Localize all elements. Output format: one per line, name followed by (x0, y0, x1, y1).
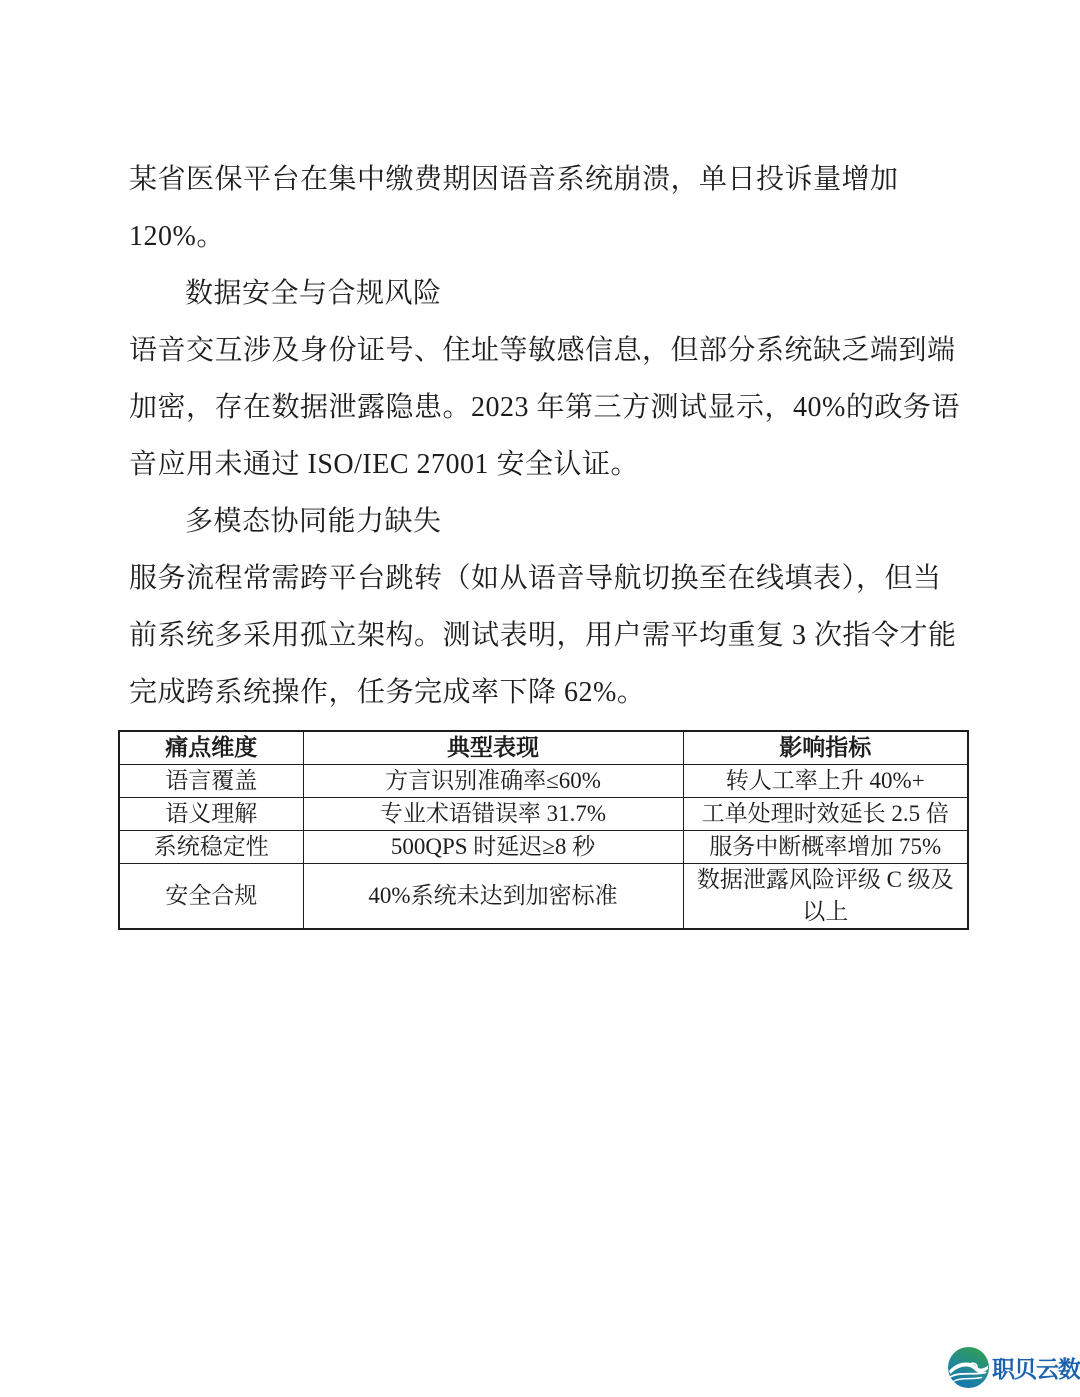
paragraph-line: 120%。 (129, 208, 969, 265)
table-row: 系统稳定性500QPS 时延迟≥8 秒服务中断概率增加 75% (119, 831, 968, 864)
section-heading-line: 多模态协同能力缺失 (129, 493, 969, 550)
table-cell: 数据泄露风险评级 C 级及以上 (683, 864, 968, 930)
table-header-cell: 影响指标 (683, 731, 968, 765)
paragraph-line: 某省医保平台在集中缴费期因语音系统崩溃，单日投诉量增加 (129, 151, 969, 208)
paragraph-line: 加密，存在数据泄露隐患。2023 年第三方测试显示，40%的政务语 (129, 379, 969, 436)
table-row: 语言覆盖方言识别准确率≤60%转人工率上升 40%+ (119, 765, 968, 798)
section-heading-line: 数据安全与合规风险 (129, 265, 969, 322)
table-row: 语义理解专业术语错误率 31.7%工单处理时效延长 2.5 倍 (119, 798, 968, 831)
table-cell: 安全合规 (119, 864, 303, 930)
footer-logo: 职贝云数 (947, 1346, 1080, 1389)
paragraph-line: 服务流程常需跨平台跳转（如从语音导航切换至在线填表），但当 (129, 550, 969, 607)
pain-points-table: 痛点维度典型表现影响指标 语言覆盖方言识别准确率≤60%转人工率上升 40%+语… (118, 730, 969, 930)
table-cell: 转人工率上升 40%+ (683, 765, 968, 798)
paragraph-line: 完成跨系统操作，任务完成率下降 62%。 (129, 664, 969, 721)
document-body: 某省医保平台在集中缴费期因语音系统崩溃，单日投诉量增加120%。数据安全与合规风… (129, 151, 969, 721)
table-cell: 服务中断概率增加 75% (683, 831, 968, 864)
wave-globe-icon (947, 1346, 990, 1389)
table-row: 安全合规40%系统未达到加密标准数据泄露风险评级 C 级及以上 (119, 864, 968, 930)
table-header-cell: 典型表现 (303, 731, 683, 765)
table-header-row: 痛点维度典型表现影响指标 (119, 731, 968, 765)
table-cell: 方言识别准确率≤60% (303, 765, 683, 798)
logo-text: 职贝云数 (992, 1351, 1080, 1384)
table-header-cell: 痛点维度 (119, 731, 303, 765)
document-page: 某省医保平台在集中缴费期因语音系统崩溃，单日投诉量增加120%。数据安全与合规风… (0, 0, 1080, 1397)
paragraph-line: 前系统多采用孤立架构。测试表明，用户需平均重复 3 次指令才能 (129, 607, 969, 664)
table-cell: 500QPS 时延迟≥8 秒 (303, 831, 683, 864)
table-cell: 系统稳定性 (119, 831, 303, 864)
paragraph-line: 音应用未通过 ISO/IEC 27001 安全认证。 (129, 436, 969, 493)
table-cell: 40%系统未达到加密标准 (303, 864, 683, 930)
table-cell: 工单处理时效延长 2.5 倍 (683, 798, 968, 831)
table-cell: 语言覆盖 (119, 765, 303, 798)
paragraph-line: 语音交互涉及身份证号、住址等敏感信息，但部分系统缺乏端到端 (129, 322, 969, 379)
table-cell: 语义理解 (119, 798, 303, 831)
table-cell: 专业术语错误率 31.7% (303, 798, 683, 831)
